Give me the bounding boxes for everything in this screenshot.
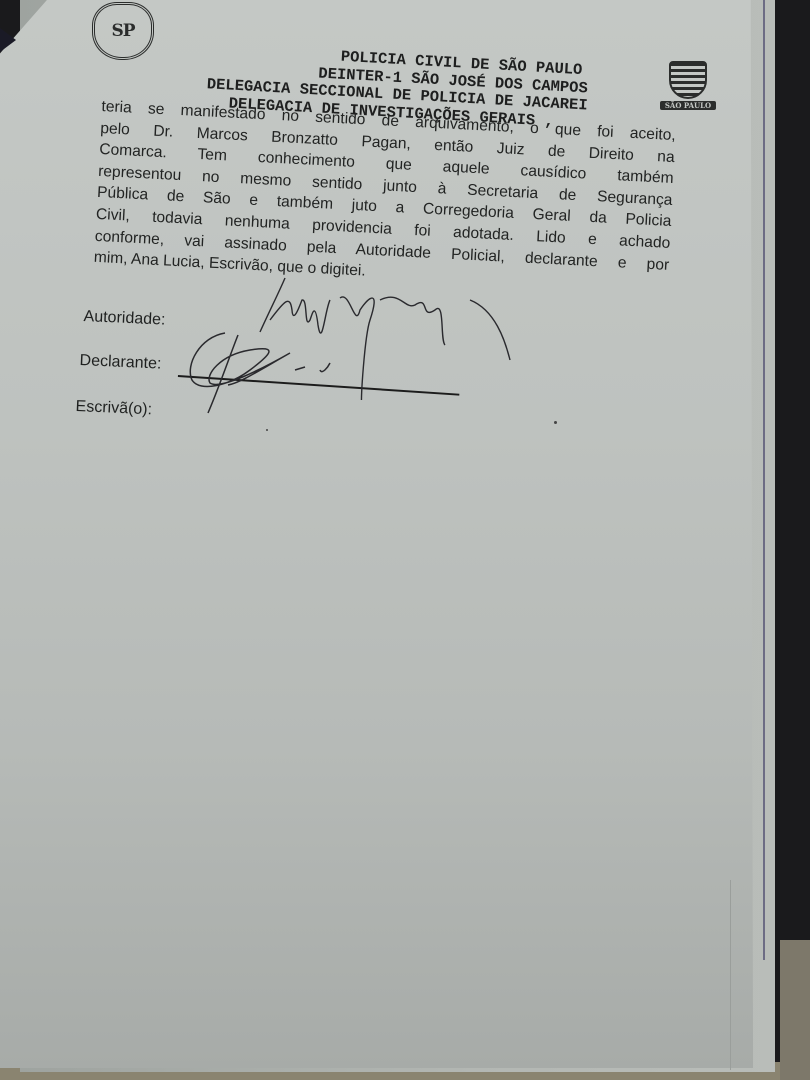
- folded-corner-shadow: [0, 28, 16, 52]
- logo-sp-text: SP: [111, 21, 134, 41]
- autoridade-label: Autoridade:: [83, 308, 166, 330]
- shield-icon: [669, 61, 707, 99]
- floor-background-right: [780, 940, 810, 1080]
- paper-speck: [266, 429, 268, 431]
- page-edge: [763, 0, 765, 960]
- logo-pm-banner: SÃO PAULO: [660, 101, 716, 110]
- paper-speck: [554, 421, 557, 424]
- document-body: teria se manifestado no sentido de arqui…: [93, 96, 676, 298]
- sao-paulo-state-coat-of-arms-icon: SP: [92, 2, 154, 60]
- declarante-label: Declarante:: [79, 352, 162, 374]
- paper-crease: [730, 880, 731, 1070]
- escriva-label: Escrivã(o):: [75, 398, 152, 419]
